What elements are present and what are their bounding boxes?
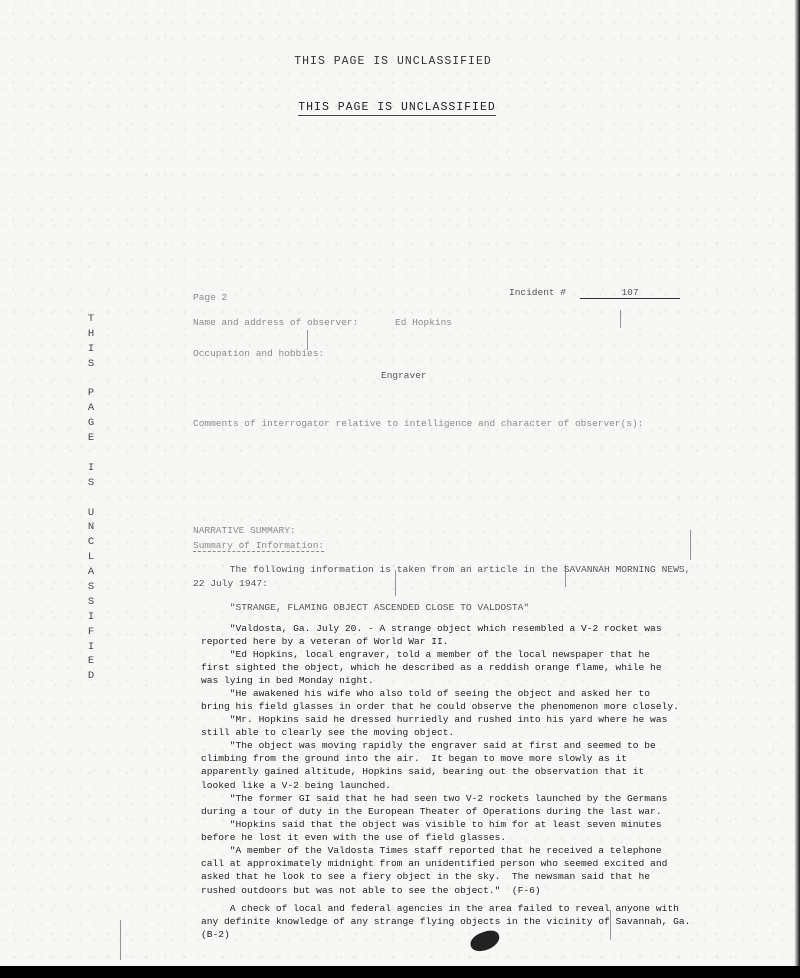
scan-scratch	[120, 920, 121, 960]
stamp-letter	[84, 372, 98, 387]
stamp-letter: G	[84, 416, 98, 431]
occupation-label: Occupation and hobbies:	[193, 348, 324, 359]
article-paragraph-5: "The object was moving rapidly the engra…	[201, 739, 701, 792]
stamp-letter: T	[84, 312, 98, 327]
stamp-letter: S	[84, 580, 98, 595]
classification-text: THIS PAGE IS UNCLASSIFIED	[294, 55, 492, 68]
stamp-letter: C	[84, 535, 98, 550]
stamp-letter: I	[84, 342, 98, 357]
summary-subtitle: Summary of Information:	[193, 540, 324, 552]
scan-scratch	[620, 310, 621, 328]
closing-paragraph: A check of local and federal agencies in…	[201, 902, 701, 942]
intro-line-1: The following information is taken from …	[201, 563, 701, 576]
scan-scratch	[610, 910, 611, 940]
page-number: Page 2	[193, 292, 227, 303]
observer-value: Ed Hopkins	[395, 317, 452, 328]
stamp-letter: I	[84, 610, 98, 625]
vertical-classification-stamp: THISPAGEISUNCLASSIFIED	[84, 312, 98, 684]
scan-scratch	[565, 565, 566, 587]
article-paragraph-4: "Mr. Hopkins said he dressed hurriedly a…	[201, 713, 701, 739]
stamp-letter: S	[84, 595, 98, 610]
stamp-letter: I	[84, 640, 98, 655]
stamp-letter: U	[84, 506, 98, 521]
stamp-letter	[84, 446, 98, 461]
stamp-letter: P	[84, 386, 98, 401]
stamp-letter: A	[84, 565, 98, 580]
narrative-section-title: NARRATIVE SUMMARY:	[193, 525, 296, 536]
stamp-letter: L	[84, 550, 98, 565]
stamp-letter: E	[84, 654, 98, 669]
article-headline: "STRANGE, FLAMING OBJECT ASCENDED CLOSE …	[201, 601, 701, 614]
stamp-letter: A	[84, 401, 98, 416]
stamp-letter: F	[84, 625, 98, 640]
scan-edge-right	[794, 0, 800, 978]
stamp-letter: D	[84, 669, 98, 684]
observer-label: Name and address of observer:	[193, 317, 358, 328]
classification-text: THIS PAGE IS UNCLASSIFIED	[298, 101, 496, 116]
interrogator-comments-label: Comments of interrogator relative to int…	[193, 418, 643, 429]
article-paragraph-3: "He awakened his wife who also told of s…	[201, 687, 701, 713]
stamp-letter	[84, 491, 98, 506]
article-paragraph-2: "Ed Hopkins, local engraver, told a memb…	[201, 648, 701, 688]
incident-label: Incident #	[509, 287, 566, 298]
article-paragraph-8: "A member of the Valdosta Times staff re…	[201, 844, 701, 897]
stamp-letter: E	[84, 431, 98, 446]
scan-scratch	[395, 570, 396, 596]
classification-header-top: THIS PAGE IS UNCLASSIFIED	[0, 55, 793, 68]
intro-line-2: 22 July 1947:	[193, 577, 693, 590]
stamp-letter: H	[84, 327, 98, 342]
article-paragraph-6: "The former GI said that he had seen two…	[201, 792, 701, 818]
stamp-letter: N	[84, 520, 98, 535]
incident-field: Incident #107	[509, 287, 680, 299]
article-paragraph-7: "Hopkins said that the object was visibl…	[201, 818, 701, 844]
classification-header-secondary: THIS PAGE IS UNCLASSIFIED	[0, 101, 797, 114]
article-paragraph-1: "Valdosta, Ga. July 20. - A strange obje…	[201, 622, 701, 648]
scan-scratch	[690, 530, 691, 560]
stamp-letter: S	[84, 476, 98, 491]
stamp-letter: I	[84, 461, 98, 476]
scan-scratch	[307, 330, 308, 350]
stamp-letter: S	[84, 357, 98, 372]
incident-number: 107	[580, 287, 680, 299]
document-page: THIS PAGE IS UNCLASSIFIED THIS PAGE IS U…	[0, 0, 800, 978]
occupation-value: Engraver	[381, 370, 427, 381]
scan-edge-bottom	[0, 966, 800, 978]
